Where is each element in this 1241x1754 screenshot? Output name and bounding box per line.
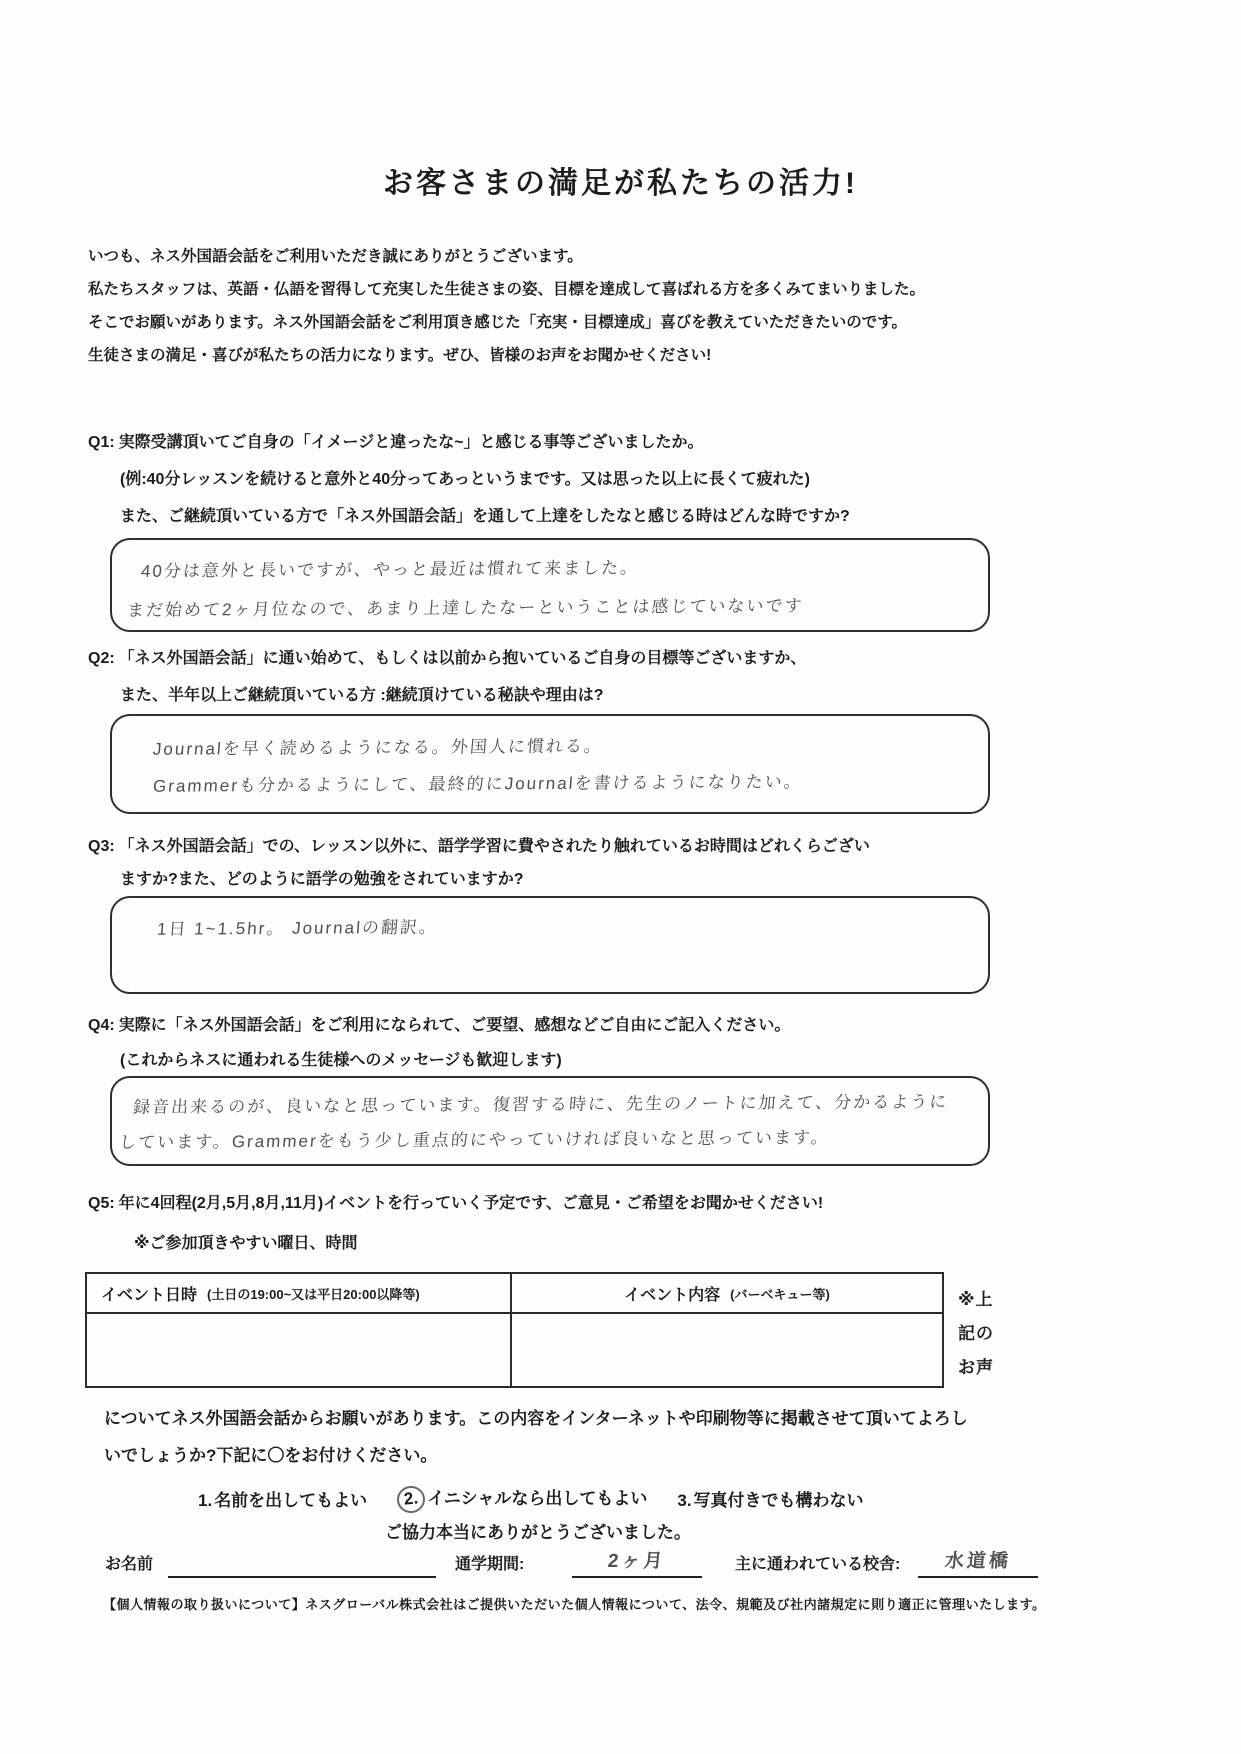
handwritten-answer-q4-line-1: 録音出来るのが、良いなと思っています。復習する時に、先生のノートに加えて、分かる…	[110, 1075, 989, 1118]
question-2-label: Q2:	[88, 650, 115, 667]
period-label: 通学期間:	[455, 1551, 524, 1574]
option-1-label: 名前を出してもよい	[214, 1491, 367, 1510]
school-label: 主に通われている校舎:	[735, 1551, 900, 1574]
event-table-header-row: イベント日時 (土日の19:00~又は平日20:00以降等) イベント内容 (バ…	[87, 1274, 942, 1314]
option-1-number: 1.	[198, 1491, 212, 1511]
school-field: 水道橋	[918, 1546, 1038, 1578]
handwritten-answer-q1-line-2: まだ始めて2ヶ月位なので、あまり上達したなーということは感じていないです	[110, 576, 990, 621]
page-title: お客さまの満足が私たちの活力!	[0, 158, 1241, 202]
handwritten-answer-q2-line-1: Journalを早く読めるようになる。外国人に慣れる。	[110, 713, 990, 760]
event-date-header: イベント日時 (土日の19:00~又は平日20:00以降等)	[87, 1274, 512, 1312]
question-1-label: Q1:	[88, 434, 115, 451]
question-1: Q1:実際受講頂いてご自身の「イメージと違ったな~」と感じる事等ございましたか。…	[88, 424, 850, 535]
option-2-number-circled: 2.	[396, 1485, 426, 1514]
consent-line-2: いでしょうか?下記に〇をお付けください。	[104, 1437, 1174, 1474]
intro-line: いつも、ネス外国語会話をご利用いただき誠にありがとうございます。	[88, 240, 1168, 273]
question-4: Q4:実際に「ネス外国語会話」をご利用になられて、ご要望、感想などご自由にご記入…	[88, 1008, 790, 1078]
side-note-vertical: ※上記のお声	[958, 1283, 998, 1385]
event-date-title: イベント日時	[101, 1282, 197, 1305]
question-3-line-2: ますか?また、どのように語学の勉強をされていますか?	[88, 863, 870, 896]
school-value-handwritten: 水道橋	[944, 1546, 1012, 1573]
consent-line-1: についてネス外国語会話からお願いがあります。この内容をインターネットや印刷物等に…	[104, 1400, 1174, 1437]
event-date-note: (土日の19:00~又は平日20:00以降等)	[207, 1284, 420, 1303]
question-2-line-1: Q2:「ネス外国語会話」に通い始めて、もしくは以前から抱いているご自身の目標等ご…	[88, 640, 806, 677]
answer-box-q1: 40分は意外と長いですが、やっと最近は慣れて来ました。 まだ始めて2ヶ月位なので…	[110, 538, 990, 632]
name-blank-field	[168, 1546, 436, 1578]
question-4-label: Q4:	[88, 1017, 115, 1034]
question-1-line-1: Q1:実際受講頂いてご自身の「イメージと違ったな~」と感じる事等ございましたか。	[88, 424, 850, 461]
option-1: 1.名前を出してもよい	[198, 1486, 367, 1511]
event-table-body-row	[87, 1314, 942, 1386]
option-3-label: 写真付きでも構わない	[694, 1491, 864, 1510]
question-4-line-2: (これからネスに通われる生徒様へのメッセージも歓迎します)	[88, 1043, 790, 1078]
signature-row: お名前 通学期間: 2ヶ月 主に通われている校舎: 水道橋	[0, 1544, 1241, 1580]
intro-line: 生徒さまの満足・喜びが私たちの活力になります。ぜひ、皆様のお声をお聞かせください…	[88, 339, 1168, 372]
name-label: お名前	[105, 1551, 153, 1574]
question-5-line-2: ※ご参加頂きやすい曜日、時間	[88, 1224, 823, 1264]
handwritten-answer-q1-line-1: 40分は意外と長いですが、やっと最近は慣れて来ました。	[110, 537, 990, 582]
question-2-line-2: また、半年以上ご継続頂いている方 :継続頂けている秘訣や理由は?	[88, 677, 806, 714]
period-value-handwritten: 2ヶ月	[607, 1546, 667, 1573]
question-5: Q5:年に4回程(2月,5月,8月,11月)イベントを行っていく予定です、ご意見…	[88, 1184, 823, 1264]
answer-box-q3: 1日 1~1.5hr。 Journalの翻訳。	[110, 896, 990, 994]
question-1-example: (例:40分レッスンを続けると意外と40分ってあっというまです。又は思った以上に…	[88, 461, 850, 498]
answer-box-q2: Journalを早く読めるようになる。外国人に慣れる。 Grammerも分かるよ…	[110, 714, 990, 814]
handwritten-answer-q2-line-2: Grammerも分かるようにして、最終的にJournalを書けるようになりたい。	[110, 754, 989, 797]
privacy-notice: 【個人情報の取り扱いについて】ネスグローバル株式会社はご提供いただいた個人情報に…	[103, 1594, 1193, 1613]
consent-paragraph: についてネス外国語会話からお願いがあります。この内容をインターネットや印刷物等に…	[104, 1400, 1174, 1474]
handwritten-answer-q4-line-2: しています。Grammerをもう少し重点的にやっていければ良いなと思っています。	[110, 1112, 989, 1153]
intro-line: そこでお願いがあります。ネス外国語会話をご利用頂き感じた「充実・目標達成」喜びを…	[88, 306, 1168, 339]
event-content-note: (バーベキュー等)	[730, 1284, 830, 1303]
intro-line: 私たちスタッフは、英語・仏語を習得して充実した生徒さまの姿、目標を達成して喜ばれ…	[88, 273, 1168, 306]
event-date-cell	[87, 1314, 512, 1386]
option-3: 3.写真付きでも構わない	[677, 1486, 863, 1511]
event-content-title: イベント内容	[624, 1282, 720, 1305]
intro-paragraph: いつも、ネス外国語会話をご利用いただき誠にありがとうございます。 私たちスタッフ…	[88, 240, 1168, 372]
question-5-label: Q5:	[88, 1195, 115, 1212]
option-2: 2.イニシャルなら出してもよい	[397, 1484, 647, 1513]
question-3-line-1: Q3:「ネス外国語会話」での、レッスン以外に、語学学習に費やされたり触れているお…	[88, 830, 870, 863]
question-5-line-1: Q5:年に4回程(2月,5月,8月,11月)イベントを行っていく予定です、ご意見…	[88, 1184, 823, 1224]
option-2-label: イニシャルなら出してもよい	[427, 1489, 647, 1508]
option-3-number: 3.	[677, 1491, 691, 1511]
scanned-survey-form: お客さまの満足が私たちの活力! いつも、ネス外国語会話をご利用いただき誠にありが…	[0, 0, 1241, 1754]
question-3-label: Q3:	[88, 838, 115, 855]
answer-box-q4: 録音出来るのが、良いなと思っています。復習する時に、先生のノートに加えて、分かる…	[110, 1076, 990, 1166]
period-field: 2ヶ月	[572, 1546, 702, 1578]
question-1-line-2: また、ご継続頂いている方で「ネス外国語会話」を通して上達をしたなと感じる時はどん…	[88, 498, 850, 535]
question-3: Q3:「ネス外国語会話」での、レッスン以外に、語学学習に費やされたり触れているお…	[88, 830, 870, 896]
publish-options: 1.名前を出してもよい 2.イニシャルなら出してもよい 3.写真付きでも構わない	[198, 1484, 864, 1513]
event-content-header: イベント内容 (バーベキュー等)	[512, 1274, 942, 1312]
handwritten-answer-q3-line-1: 1日 1~1.5hr。 Journalの翻訳。	[110, 895, 990, 940]
question-2: Q2:「ネス外国語会話」に通い始めて、もしくは以前から抱いているご自身の目標等ご…	[88, 640, 806, 714]
event-table: イベント日時 (土日の19:00~又は平日20:00以降等) イベント内容 (バ…	[85, 1272, 944, 1388]
question-4-line-1: Q4:実際に「ネス外国語会話」をご利用になられて、ご要望、感想などご自由にご記入…	[88, 1008, 790, 1043]
thanks-line: ご協力本当にありがとうございました。	[385, 1518, 691, 1543]
event-content-cell	[512, 1314, 942, 1386]
